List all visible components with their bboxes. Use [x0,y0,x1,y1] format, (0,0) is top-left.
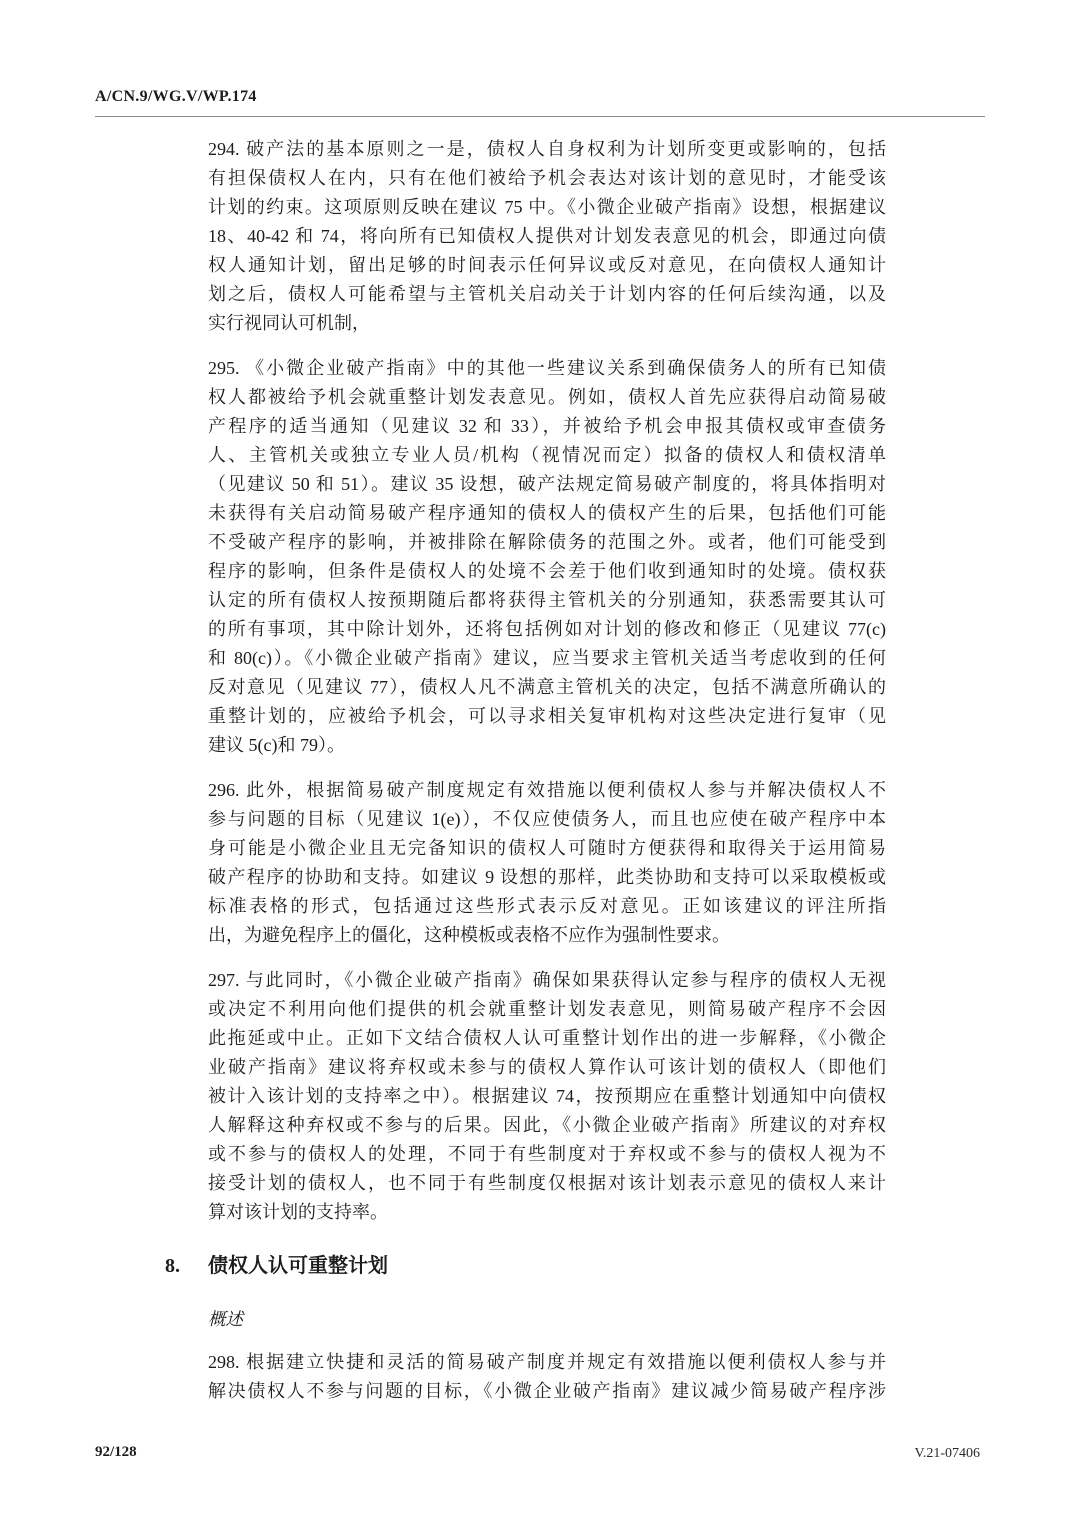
subsection-title: 概述 [208,1308,886,1330]
header-doc-symbol: A/CN.9/WG.V/WP.174 [95,88,257,106]
text-line: 权人通知计划，留出足够的时间表示任何异议或反对意见，在向债权人通知计 [208,251,886,280]
paragraphs-after-section: 298. 根据建立快捷和灵活的简易破产制度并规定有效措施以便利债权人参与并解决债… [208,1348,886,1406]
text-line: 295. 《小微企业破产指南》中的其他一些建议关系到确保债务人的所有已知债 [208,354,886,383]
text-line: 被计入该计划的支持率之中）。根据建议 74，按预期应在重整计划通知中向债权 [208,1082,886,1111]
page-body: 294. 破产法的基本原则之一是，债权人自身权利为计划所变更或影响的，包括有担保… [208,135,886,1422]
text-line: 的所有事项，其中除计划外，还将包括例如对计划的修改和修正（见建议 77(c) [208,615,886,644]
footer-doc-ref: V.21-07406 [915,1446,980,1462]
text-line: 反对意见（见建议 77），债权人凡不满意主管机关的决定，包括不满意所确认的 [208,673,886,702]
text-line: 参与问题的目标（见建议 1(e)），不仅应使债务人，而且也应使在破产程序中本 [208,805,886,834]
text-line: 破产程序的协助和支持。如建议 9 设想的那样，此类协助和支持可以采取模板或 [208,863,886,892]
section-title: 债权人认可重整计划 [208,1255,388,1277]
paragraphs-before-section: 294. 破产法的基本原则之一是，债权人自身权利为计划所变更或影响的，包括有担保… [208,135,886,1227]
text-line: 划之后，债权人可能希望与主管机关启动关于计划内容的任何后续沟通，以及 [208,280,886,309]
text-line: 算对该计划的支持率。 [208,1198,886,1227]
text-line: 出，为避免程序上的僵化，这种模板或表格不应作为强制性要求。 [208,921,886,950]
text-line: 程序的影响，但条件是债权人的处境不会差于他们收到通知时的处境。债权获 [208,557,886,586]
text-line: 未获得有关启动简易破产程序通知的债权人的债权产生的后果，包括他们可能 [208,499,886,528]
text-line: 18、40-42 和 74，将向所有已知债权人提供对计划发表意见的机会，即通过向… [208,222,886,251]
text-line: 产程序的适当通知（见建议 32 和 33），并被给予机会申报其债权或审查债务 [208,412,886,441]
text-line: 解决债权人不参与问题的目标，《小微企业破产指南》建议减少简易破产程序涉 [208,1377,886,1406]
text-line: 计划的约束。这项原则反映在建议 75 中。《小微企业破产指南》设想，根据建议 [208,193,886,222]
text-line: 标准表格的形式，包括通过这些形式表示反对意见。正如该建议的评注所指 [208,892,886,921]
text-line: 认定的所有债权人按预期随后都将获得主管机关的分别通知，获悉需要其认可 [208,586,886,615]
section-heading: 8. 债权人认可重整计划 [208,1253,886,1280]
text-line: 业破产指南》建议将弃权或未参与的债权人算作认可该计划的债权人（即他们 [208,1053,886,1082]
text-line: 297. 与此同时，《小微企业破产指南》确保如果获得认定参与程序的债权人无视 [208,966,886,995]
section-number: 8. [165,1253,180,1280]
text-line: 人解释这种弃权或不参与的后果。因此，《小微企业破产指南》所建议的对弃权 [208,1111,886,1140]
paragraph-295: 295. 《小微企业破产指南》中的其他一些建议关系到确保债务人的所有已知债权人都… [208,354,886,760]
paragraph-294: 294. 破产法的基本原则之一是，债权人自身权利为计划所变更或影响的，包括有担保… [208,135,886,338]
text-line: 298. 根据建立快捷和灵活的简易破产制度并规定有效措施以便利债权人参与并 [208,1348,886,1377]
text-line: 不受破产程序的影响，并被排除在解除债务的范围之外。或者，他们可能受到 [208,528,886,557]
text-line: 和 80(c)）。《小微企业破产指南》建议，应当要求主管机关适当考虑收到的任何 [208,644,886,673]
paragraph-296: 296. 此外，根据简易破产制度规定有效措施以便利债权人参与并解决债权人不参与问… [208,776,886,950]
text-line: 296. 此外，根据简易破产制度规定有效措施以便利债权人参与并解决债权人不 [208,776,886,805]
text-line: 此拖延或中止。正如下文结合债权人认可重整计划作出的进一步解释，《小微企 [208,1024,886,1053]
text-line: 294. 破产法的基本原则之一是，债权人自身权利为计划所变更或影响的，包括 [208,135,886,164]
text-line: 权人都被给予机会就重整计划发表意见。例如，债权人首先应获得启动简易破 [208,383,886,412]
text-line: 人、主管机关或独立专业人员/机构（视情况而定）拟备的债权人和债权清单 [208,441,886,470]
document-page: A/CN.9/WG.V/WP.174 294. 破产法的基本原则之一是，债权人自… [0,0,1080,1526]
text-line: 或决定不利用向他们提供的机会就重整计划发表意见，则简易破产程序不会因 [208,995,886,1024]
text-line: 有担保债权人在内，只有在他们被给予机会表达对该计划的意见时，才能受该 [208,164,886,193]
text-line: 重整计划的，应被给予机会，可以寻求相关复审机构对这些决定进行复审（见 [208,702,886,731]
paragraph-297: 297. 与此同时，《小微企业破产指南》确保如果获得认定参与程序的债权人无视或决… [208,966,886,1227]
text-line: （见建议 50 和 51）。建议 35 设想，破产法规定简易破产制度的，将具体指… [208,470,886,499]
text-line: 或不参与的债权人的处理，不同于有些制度对于弃权或不参与的债权人视为不 [208,1140,886,1169]
paragraph-298: 298. 根据建立快捷和灵活的简易破产制度并规定有效措施以便利债权人参与并解决债… [208,1348,886,1406]
footer-page-number: 92/128 [95,1444,137,1461]
text-line: 接受计划的债权人，也不同于有些制度仅根据对该计划表示意见的债权人来计 [208,1169,886,1198]
text-line: 实行视同认可机制， [208,309,886,338]
text-line: 建议 5(c)和 79）。 [208,731,886,760]
text-line: 身可能是小微企业且无完备知识的债权人可随时方便获得和取得关于运用简易 [208,834,886,863]
header-rule [95,116,985,117]
